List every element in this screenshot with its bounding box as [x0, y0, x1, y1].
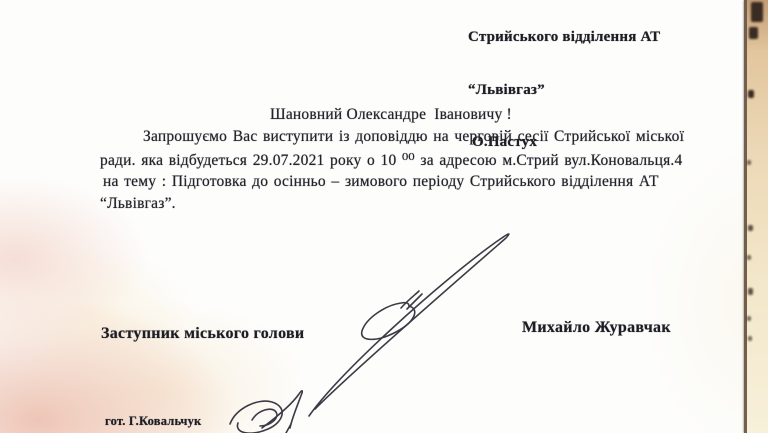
signature-kovalchuk	[230, 391, 302, 433]
body-line: на тему : Підготовка до осінньо – зимово…	[103, 173, 659, 191]
signer-name: Михайло Журавчак	[522, 319, 671, 337]
page-edge-artifact	[751, 2, 763, 22]
page-edge-artifact	[748, 225, 753, 231]
page-edge-artifact	[748, 90, 754, 98]
page-edge-strip	[747, 0, 768, 433]
body-line: ради. яка відбудеться 29.07.2021 року о …	[100, 151, 682, 170]
page-edge-artifact	[749, 27, 758, 39]
page-edge-artifact	[747, 255, 751, 260]
body-line: “Львівгаз”.	[100, 195, 176, 213]
signer-title: Заступник міського голови	[101, 325, 304, 343]
addressee-line: “Львівгаз”	[468, 82, 660, 100]
addressee-line: Стрийського відділення АТ	[468, 29, 660, 47]
body-line: Запрошуємо Вас виступити із доповіддю на…	[143, 128, 684, 146]
page-edge-artifact	[747, 316, 751, 321]
page-edge-artifact	[748, 336, 752, 341]
salutation: Шановний Олександре Івановичу !	[270, 106, 512, 124]
page-edge-artifact	[747, 160, 751, 165]
document-photo: Стрийського відділення АТ “Львівгаз” О.П…	[0, 0, 768, 433]
prepared-by-note: гот. Г.Ковальчук	[105, 414, 201, 429]
page-edge-artifact	[748, 288, 753, 295]
signature-zhuravchak	[309, 234, 509, 416]
